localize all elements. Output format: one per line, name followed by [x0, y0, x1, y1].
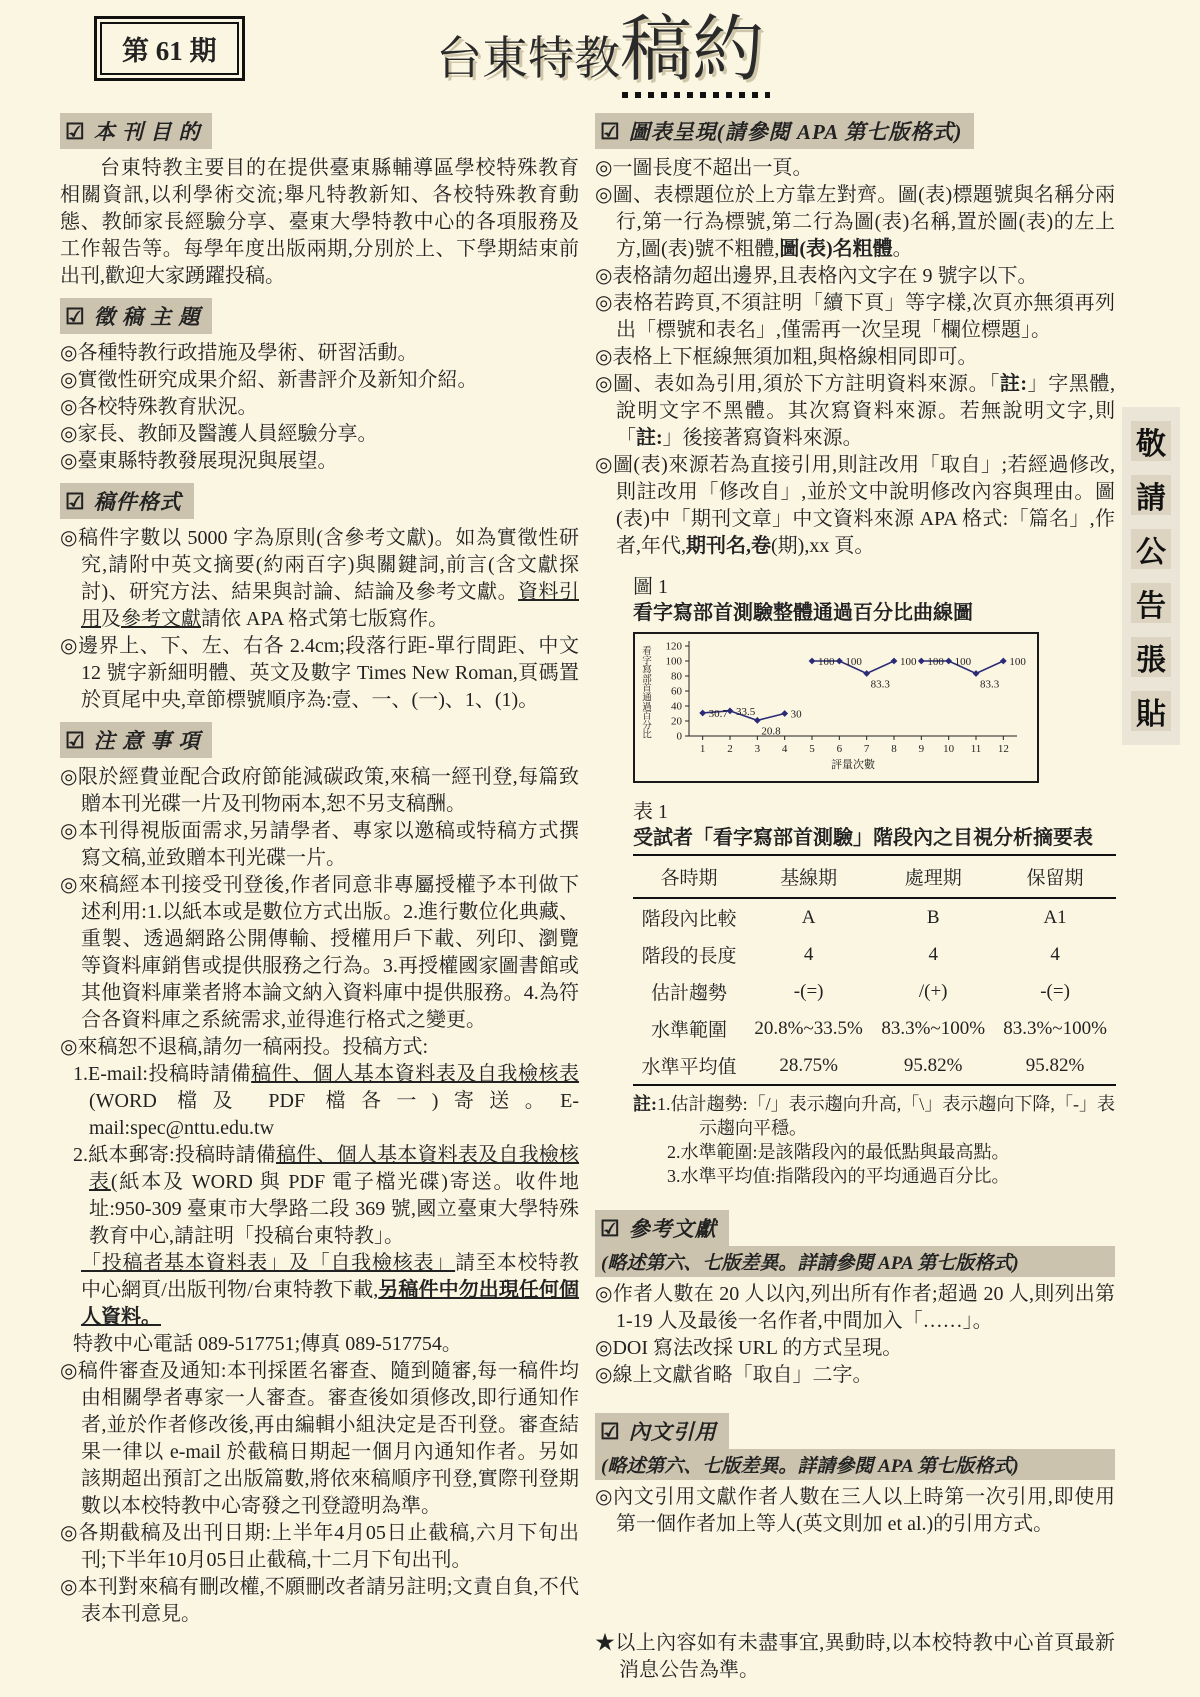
table-cell: 20.8%~33.5%	[745, 1010, 872, 1047]
checkbox-icon: ☑	[65, 304, 86, 329]
bullet-item: ◎實徵性研究成果介紹、新書評介及新知介紹。	[60, 367, 579, 394]
table-header-cell: 基線期	[745, 855, 872, 898]
section-header-citation: ☑內文引用	[595, 1413, 729, 1449]
section-header-purpose: ☑本 刊 目 的	[60, 113, 212, 149]
section-header-references: ☑參考文獻	[595, 1210, 729, 1246]
bullet-item: ◎臺東縣特教發展現況與展望。	[60, 448, 579, 475]
section-topics: ☑徵 稿 主 題 ◎各種特教行政措施及學術、研習活動。 ◎實徵性研究成果介紹、新…	[60, 290, 579, 475]
svg-text:30.7: 30.7	[709, 708, 729, 720]
table-row: 水準範圍 20.8%~33.5% 83.3%~100% 83.3%~100%	[633, 1010, 1116, 1047]
bullet-item: ◎家長、教師及醫護人員經驗分享。	[60, 421, 579, 448]
svg-text:寫: 寫	[642, 664, 652, 676]
checkbox-icon: ☑	[600, 1216, 621, 1241]
section-header-label: 徵 稿 主 題	[94, 305, 201, 329]
svg-text:100: 100	[845, 656, 862, 668]
section-header-notice: ☑注 意 事 項	[60, 722, 212, 758]
checkbox-icon: ☑	[600, 1419, 621, 1444]
bullet-item: ◎一圖長度不超出一頁。	[595, 155, 1115, 182]
checkbox-icon: ☑	[600, 119, 621, 144]
figure-label: 圖 1	[633, 574, 1115, 600]
bullet-item: ◎圖(表)來源若為直接引用,則註改用「取自」;若經過修改,則註改用「修改自」,並…	[595, 452, 1115, 560]
section-header-label: 稿件格式	[94, 490, 182, 514]
table-note: 2.水準範圍:是該階段內的最低點與最高點。	[633, 1140, 1115, 1164]
bullet-item: ◎來稿恕不退稿,請勿一稿兩投。投稿方式:	[60, 1034, 579, 1061]
banner-char: 請	[1131, 475, 1171, 515]
banner-char: 告	[1131, 583, 1171, 623]
page-title-small: 台東特教	[436, 32, 620, 84]
table-note: 註:1.估計趨勢:「/」表示趨向升高,「\」表示趨向下降,「-」表示趨向平穩。	[633, 1092, 1115, 1140]
section-format: ☑稿件格式 ◎稿件字數以 5000 字為原則(含參考文獻)。如為實徵性研究,請附…	[60, 475, 579, 714]
figure-block: 圖 1 看字寫部首測驗整體通過百分比曲線圖 020406080100120123…	[633, 574, 1115, 1188]
sub-item-phone: 特教中心電話 089-517751;傳真 089-517754。	[73, 1331, 579, 1358]
bullet-item: ◎表格上下框線無須加粗,與格線相同即可。	[595, 344, 1115, 371]
svg-text:6: 6	[837, 743, 843, 755]
svg-text:20: 20	[671, 716, 683, 728]
analysis-table: 各時期 基線期 處理期 保留期 階段內比較 A B A1	[633, 854, 1116, 1086]
page-title: 台東特教稿約	[0, 14, 1200, 88]
bullet-item: ◎各期截稿及出刊日期:上半年4月05日止截稿,六月下旬出刊;下半年10月05日止…	[60, 1520, 579, 1574]
bullet-item: ◎邊界上、下、左、右各 2.4cm;段落行距-單行間距、中文 12 號字新細明體…	[60, 633, 579, 714]
page: 第 61 期 台東特教稿約 ☑本 刊 目 的 台東特教主要目的在提供臺東縣輔導區…	[0, 0, 1200, 1697]
svg-text:100: 100	[1009, 656, 1026, 668]
svg-text:100: 100	[666, 656, 683, 668]
bullet-item: ◎圖、表標題位於上方靠左對齊。圖(表)標題號與名稱分兩行,第一行為標號,第二行為…	[595, 182, 1115, 263]
section-header-label: 參考文獻	[629, 1217, 717, 1241]
svg-text:1: 1	[700, 743, 706, 755]
table-header-cell: 各時期	[633, 855, 745, 898]
table-cell: 83.3%~100%	[994, 1010, 1116, 1047]
table-cell: 4	[872, 936, 994, 973]
sub-item-download: 「投稿者基本資料表」及「自我檢核表」請至本校特教中心網頁/出版刊物/台東特教下載…	[73, 1250, 579, 1331]
bullet-item: ◎DOI 寫法改採 URL 的方式呈現。	[595, 1335, 1115, 1362]
table-row: 階段內比較 A B A1	[633, 898, 1116, 936]
bullet-item: ◎來稿經本刊接受刊登後,作者同意非專屬授權予本刊做下述利用:1.以紙本或是數位方…	[60, 872, 579, 1034]
figure-title: 看字寫部首測驗整體通過百分比曲線圖	[633, 600, 1115, 626]
table-title: 受試者「看字寫部首測驗」階段內之目視分析摘要表	[633, 825, 1115, 851]
svg-text:8: 8	[891, 743, 897, 755]
svg-text:看: 看	[642, 645, 652, 657]
table-cell: A	[745, 898, 872, 936]
bullet-item: ◎本刊對來稿有刪改權,不願刪改者請另註明;文責自負,不代表本刊意見。	[60, 1574, 579, 1628]
table-cell: 4	[745, 936, 872, 973]
section-header-format: ☑稿件格式	[60, 483, 194, 519]
svg-text:7: 7	[864, 743, 870, 755]
right-column: ☑圖表呈現(請參閱 APA 第七版格式) ◎一圖長度不超出一頁。 ◎圖、表標題位…	[595, 105, 1115, 1684]
svg-text:評量次數: 評量次數	[831, 757, 875, 771]
star-note-text: ★以上內容如有未盡事宜,異動時,以本校特教中心首頁最新消息公告為準。	[595, 1630, 1115, 1684]
table-row: 估計趨勢 -(=) /(+) -(=)	[633, 973, 1116, 1010]
table-cell: -(=)	[994, 973, 1116, 1010]
bullet-item: ◎限於經費並配合政府節能減碳政策,來稿一經刊登,每篇致贈本刊光碟一片及刊物兩本,…	[60, 764, 579, 818]
line-chart: 020406080100120123456789101112評量次數看字寫部首通…	[633, 632, 1039, 783]
content-columns: ☑本 刊 目 的 台東特教主要目的在提供臺東縣輔導區學校特殊教育相關資訊,以利學…	[60, 105, 1115, 1684]
star-note: ★以上內容如有未盡事宜,異動時,以本校特教中心首頁最新消息公告為準。	[595, 1630, 1115, 1684]
svg-text:100: 100	[927, 656, 944, 668]
paragraph: 台東特教主要目的在提供臺東縣輔導區學校特殊教育相關資訊,以利學術交流;舉凡特教新…	[60, 155, 579, 290]
table-cell: A1	[994, 898, 1116, 936]
banner-char: 敬	[1131, 421, 1171, 461]
section-header-figures: ☑圖表呈現(請參閱 APA 第七版格式)	[595, 113, 974, 149]
sub-item-mail: 2.紙本郵寄:投稿時請備稿件、個人基本資料表及自我檢核表(紙本及 WORD 與 …	[73, 1142, 579, 1250]
svg-text:首: 首	[642, 682, 652, 694]
checkbox-icon: ☑	[65, 489, 86, 514]
table-header-cell: 保留期	[994, 855, 1116, 898]
table-label: 表 1	[633, 799, 1115, 825]
section-figures-tables: ☑圖表呈現(請參閱 APA 第七版格式) ◎一圖長度不超出一頁。 ◎圖、表標題位…	[595, 105, 1115, 560]
svg-text:4: 4	[782, 743, 788, 755]
svg-text:12: 12	[998, 743, 1009, 755]
svg-text:0: 0	[677, 731, 683, 743]
banner-char: 公	[1131, 529, 1171, 569]
svg-text:3: 3	[755, 743, 761, 755]
bullet-item: ◎線上文獻省略「取自」二字。	[595, 1362, 1115, 1389]
section-citation: ☑內文引用 (略述第六、七版差異。詳請參閱 APA 第七版格式) ◎內文引用文獻…	[595, 1405, 1115, 1538]
table-note: 3.水準平均值:指階段內的平均通過百分比。	[633, 1164, 1115, 1188]
svg-text:33.5: 33.5	[736, 706, 756, 718]
table-cell: 83.3%~100%	[872, 1010, 994, 1047]
bullet-item: ◎內文引用文獻作者人數在三人以上時第一次引用,即使用第一個作者加上等人(英文則加…	[595, 1484, 1115, 1538]
table-header-row: 各時期 基線期 處理期 保留期	[633, 855, 1116, 898]
svg-text:83.3: 83.3	[980, 679, 1000, 691]
svg-text:100: 100	[818, 656, 835, 668]
svg-text:30: 30	[791, 709, 803, 721]
section-header-label: 注 意 事 項	[94, 729, 201, 753]
left-column: ☑本 刊 目 的 台東特教主要目的在提供臺東縣輔導區學校特殊教育相關資訊,以利學…	[60, 105, 579, 1628]
svg-text:比: 比	[642, 729, 652, 741]
section-references: ☑參考文獻 (略述第六、七版差異。詳請參閱 APA 第七版格式) ◎作者人數在 …	[595, 1202, 1115, 1389]
section-header-label: 圖表呈現(請參閱 APA 第七版格式)	[629, 120, 963, 144]
banner-char: 張	[1131, 637, 1171, 677]
checkbox-icon: ☑	[65, 119, 86, 144]
table-header-cell: 處理期	[872, 855, 994, 898]
table-cell: -(=)	[745, 973, 872, 1010]
svg-text:5: 5	[809, 743, 815, 755]
bullet-item: ◎表格若跨頁,不須註明「續下頁」等字樣,次頁亦無須再列出「標號和表名」,僅需再一…	[595, 290, 1115, 344]
section-subtitle: (略述第六、七版差異。詳請參閱 APA 第七版格式)	[595, 1449, 1115, 1480]
banner-char: 貼	[1131, 691, 1171, 731]
svg-text:80: 80	[671, 671, 683, 683]
svg-text:120: 120	[666, 641, 683, 653]
svg-text:20.8: 20.8	[761, 725, 781, 737]
section-subtitle: (略述第六、七版差異。詳請參閱 APA 第七版格式)	[595, 1246, 1115, 1277]
bullet-item: ◎圖、表如為引用,須於下方註明資料來源。「註:」字黑體,說明文字不黑體。其次寫資…	[595, 371, 1115, 452]
table-row: 階段的長度 4 4 4	[633, 936, 1116, 973]
svg-text:9: 9	[919, 743, 925, 755]
table-cell: 階段的長度	[633, 936, 745, 973]
section-header-topics: ☑徵 稿 主 題	[60, 298, 212, 334]
table-cell: B	[872, 898, 994, 936]
svg-text:11: 11	[971, 743, 982, 755]
table-cell: 28.75%	[745, 1047, 872, 1085]
table-cell: 階段內比較	[633, 898, 745, 936]
svg-text:100: 100	[900, 656, 917, 668]
bullet-item: ◎稿件字數以 5000 字為原則(含參考文獻)。如為實徵性研究,請附中英文摘要(…	[60, 525, 579, 633]
svg-text:分: 分	[642, 719, 652, 731]
svg-text:40: 40	[671, 701, 683, 713]
section-purpose: ☑本 刊 目 的 台東特教主要目的在提供臺東縣輔導區學校特殊教育相關資訊,以利學…	[60, 105, 579, 290]
table-cell: 水準平均值	[633, 1047, 745, 1085]
bullet-item: ◎表格請勿超出邊界,且表格內文字在 9 號字以下。	[595, 263, 1115, 290]
sub-item-email: 1.E-mail:投稿時請備稿件、個人基本資料表及自我檢核表(WORD 檔及 P…	[73, 1061, 579, 1142]
section-header-label: 內文引用	[629, 1420, 717, 1444]
svg-text:83.3: 83.3	[871, 679, 891, 691]
table-row: 水準平均值 28.75% 95.82% 95.82%	[633, 1047, 1116, 1085]
bullet-item: ◎各種特教行政措施及學術、研習活動。	[60, 340, 579, 367]
table-cell: 95.82%	[994, 1047, 1116, 1085]
page-title-big: 稿約	[620, 14, 764, 86]
svg-text:字: 字	[642, 654, 652, 666]
checkbox-icon: ☑	[65, 728, 86, 753]
bullet-item: ◎作者人數在 20 人以內,列出所有作者;超過 20 人,則列出第 1-19 人…	[595, 1281, 1115, 1335]
svg-text:100: 100	[955, 656, 972, 668]
table-cell: 水準範圍	[633, 1010, 745, 1047]
section-notice: ☑注 意 事 項 ◎限於經費並配合政府節能減碳政策,來稿一經刊登,每篇致贈本刊光…	[60, 714, 579, 1628]
svg-text:2: 2	[727, 743, 733, 755]
table-cell: /(+)	[872, 973, 994, 1010]
table-cell: 估計趨勢	[633, 973, 745, 1010]
svg-text:部: 部	[642, 673, 652, 685]
table-notes: 註:1.估計趨勢:「/」表示趨向升高,「\」表示趨向下降,「-」表示趨向平穩。 …	[633, 1092, 1115, 1188]
svg-text:60: 60	[671, 686, 683, 698]
table-cell: 4	[994, 936, 1116, 973]
section-header-label: 本 刊 目 的	[94, 120, 201, 144]
svg-text:10: 10	[943, 743, 955, 755]
post-notice-banner: 敬 請 公 告 張 貼	[1122, 407, 1180, 745]
bullet-item: ◎稿件審查及通知:本刊採匿名審查、隨到隨審,每一稿件均由相關學者專家一人審查。審…	[60, 1358, 579, 1520]
bullet-item: ◎本刊得視版面需求,另請學者、專家以邀稿或特稿方式撰寫文稿,並致贈本刊光碟一片。	[60, 818, 579, 872]
bullet-item: ◎各校特殊教育狀況。	[60, 394, 579, 421]
table-cell: 95.82%	[872, 1047, 994, 1085]
